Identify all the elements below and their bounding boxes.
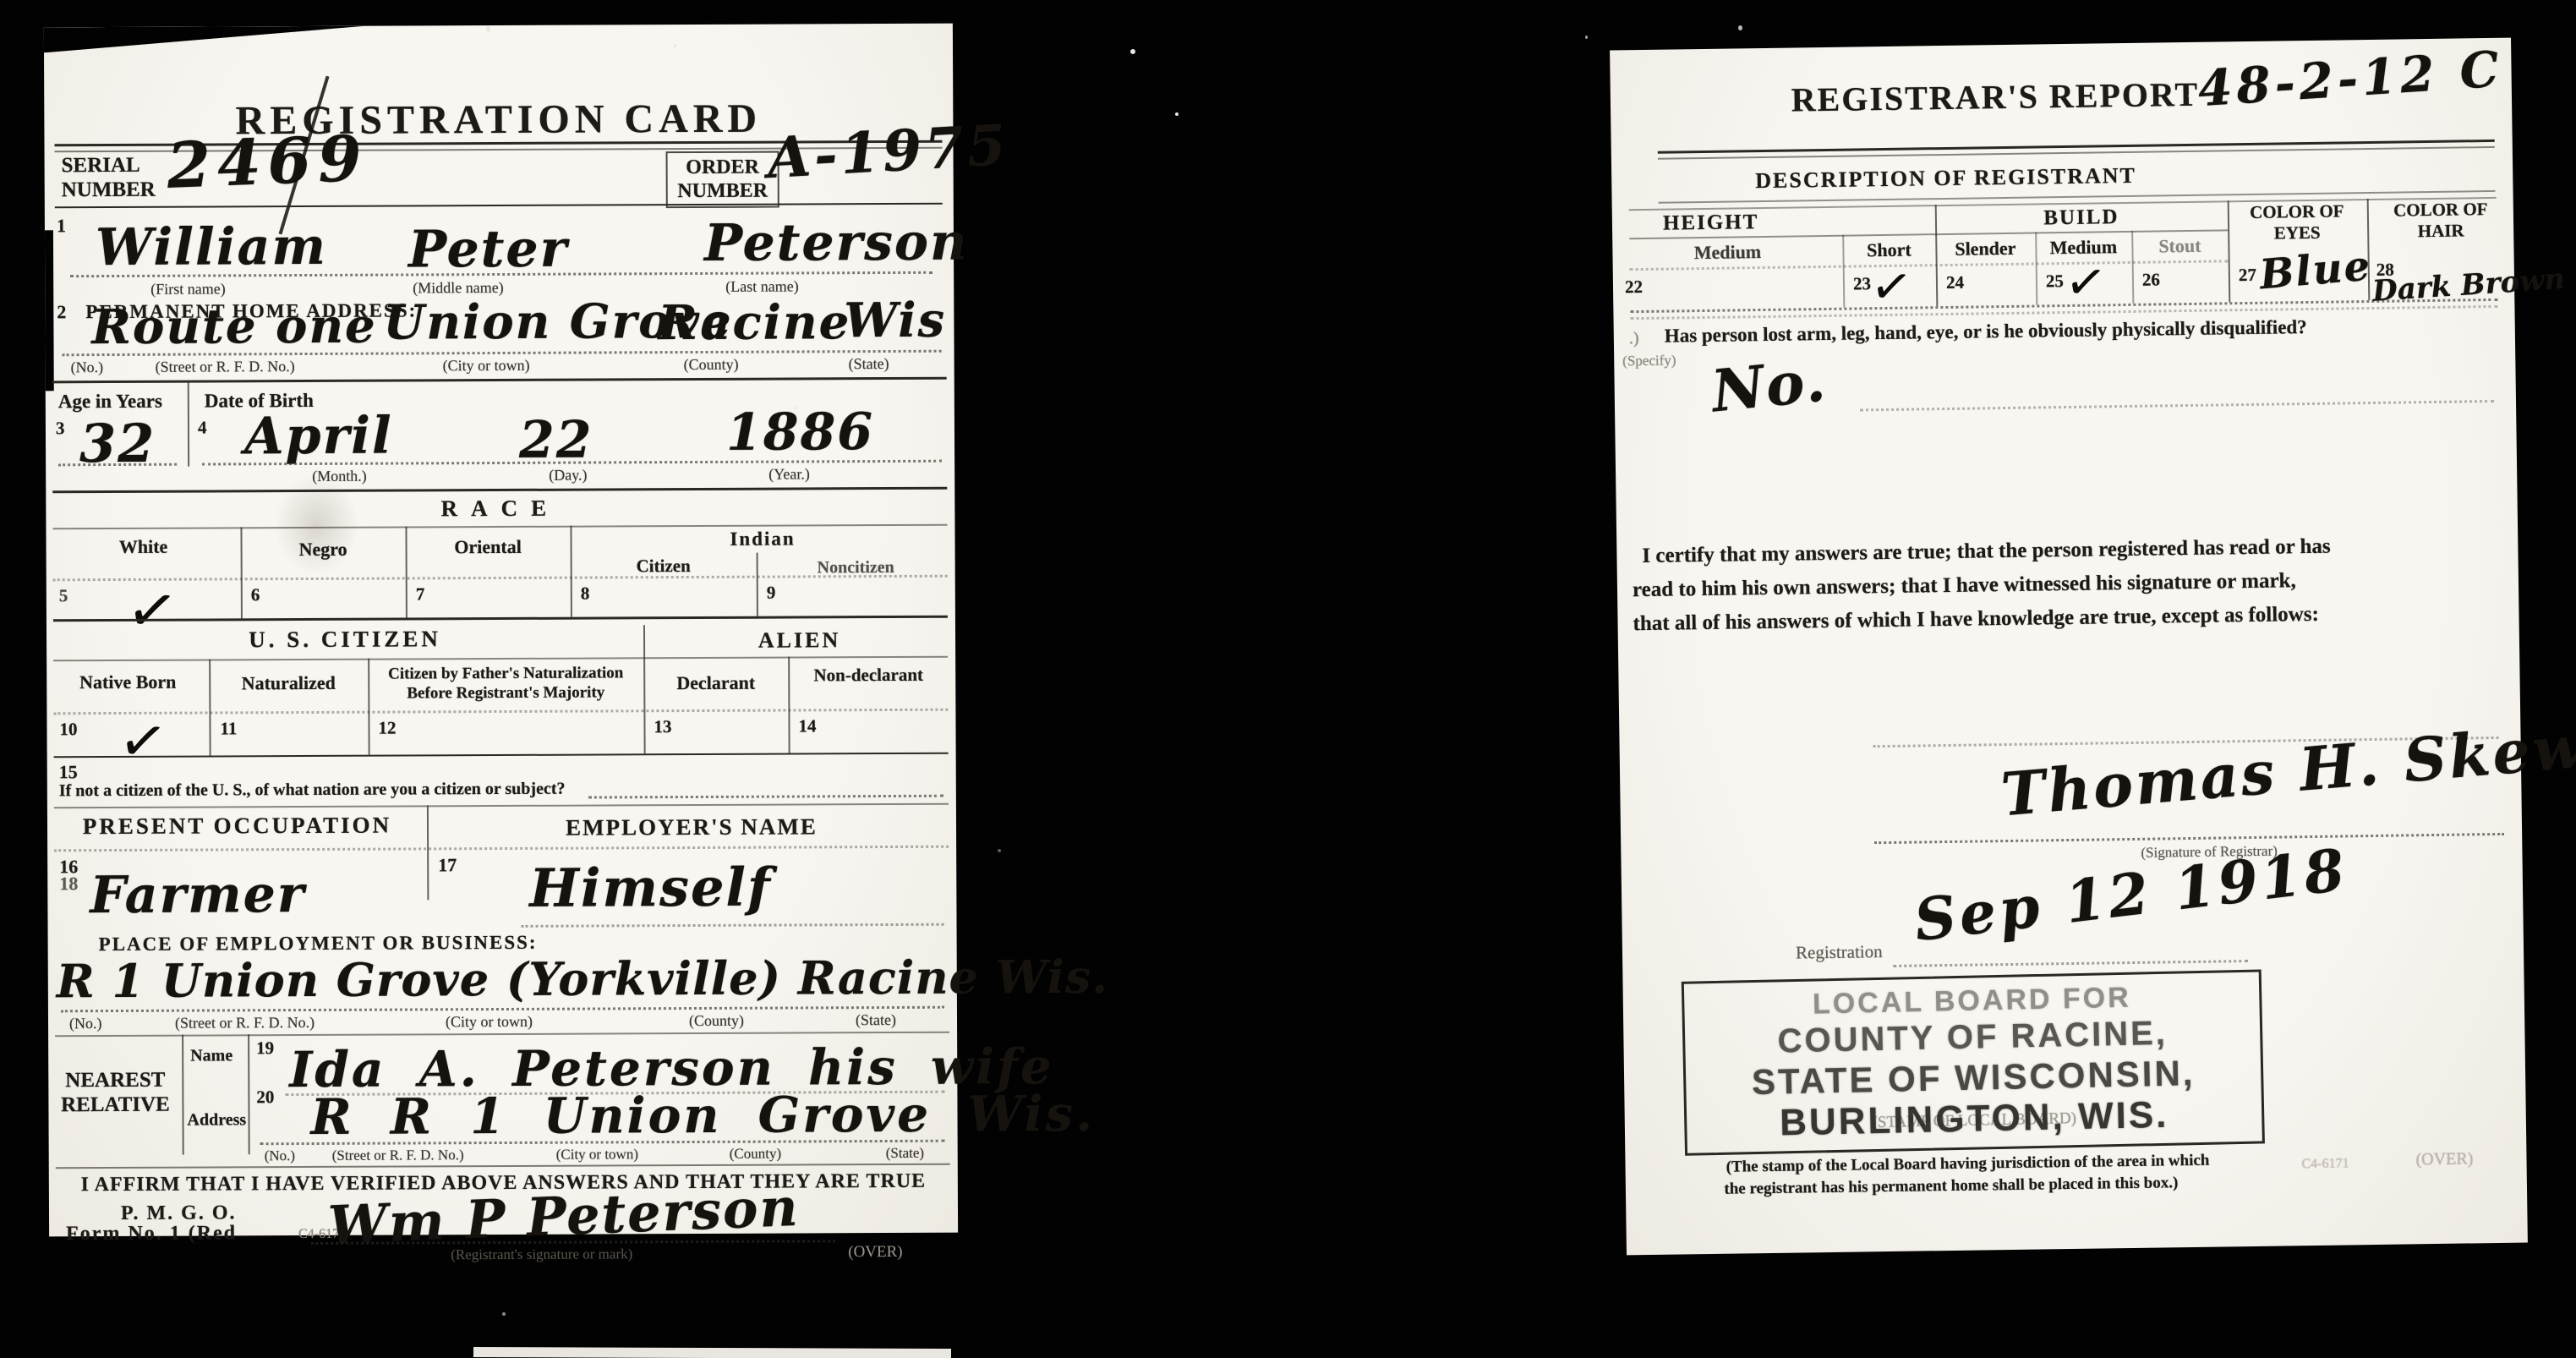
build-stout-number: 26 [2142, 269, 2160, 290]
build-slender-number: 24 [1946, 272, 1964, 293]
scanned-draft-card: REGISTRATION CARD SERIAL NUMBER 2469 ORD… [0, 0, 2576, 1358]
nondeclarant-label: Non-declarant [813, 665, 923, 687]
address-county-caption: (County) [684, 356, 739, 374]
scan-edge-sliver [473, 1347, 951, 1358]
disqualified-answer: No. [1709, 347, 1829, 425]
write-line [1874, 833, 2504, 844]
report-number: 48-2-12 C [2196, 40, 2505, 118]
divider [788, 657, 790, 753]
alien-header: ALIEN [643, 627, 955, 654]
age-number: 3 [56, 418, 65, 439]
dob-number: 4 [198, 418, 207, 439]
father-naturalization-label: Citizen by Father's Naturalization Befor… [376, 664, 635, 704]
naturalized-number: 11 [220, 718, 237, 739]
height-short-number: 23 [1853, 273, 1871, 294]
relative-county-caption: (County) [730, 1146, 781, 1163]
write-line [522, 923, 944, 928]
build-slender-label: Slender [1935, 238, 2035, 261]
divider [188, 382, 189, 467]
race-noncitizen-number: 9 [767, 583, 776, 604]
last-name-value: Peterson [704, 213, 969, 273]
dust-speck [486, 25, 490, 32]
build-header: BUILD [1935, 204, 2228, 232]
race-negro-label: Negro [241, 538, 406, 561]
occupation-header: PRESENT OCCUPATION [47, 812, 427, 840]
description-header: DESCRIPTION OF REGISTRANT [1755, 163, 2136, 194]
registrant-signature-caption: (Registrant's signature or mark) [451, 1246, 632, 1263]
line2-number: 2 [57, 301, 66, 323]
employment-value: R 1 Union Grove (Yorkville) Racine Wis. [57, 950, 1109, 1008]
last-name-caption: (Last name) [725, 277, 799, 295]
scan-artifact [44, 26, 365, 53]
local-board-stamp-box: LOCAL BOARD FOR COUNTY OF RACINE, STATE … [1682, 969, 2265, 1155]
address-no-value: Route one [91, 298, 377, 355]
height-medium-number: 22 [1625, 277, 1643, 298]
dust-speck [793, 406, 797, 410]
eyes-number: 27 [2239, 265, 2256, 286]
line18-number: 18 [59, 873, 78, 895]
native-born-label: Native Born [46, 671, 209, 694]
order-number-label: ORDER NUMBER [666, 151, 779, 209]
rule [56, 1164, 950, 1169]
declarant-number: 13 [654, 716, 671, 737]
build-stout-label: Stout [2131, 234, 2228, 258]
employment-state-caption: (State) [856, 1011, 896, 1029]
employment-city-caption: (City or town) [446, 1013, 533, 1031]
rule [52, 377, 947, 384]
relative-address-label: Address [187, 1110, 246, 1130]
race-indian-label: Indian [570, 528, 954, 551]
line1-number: 1 [57, 215, 66, 237]
nearest-relative-label: NEAREST RELATIVE [48, 1069, 182, 1118]
dust-speck [502, 1312, 506, 1316]
dust-speck [2188, 95, 2190, 97]
rule [54, 846, 949, 852]
nondeclarant-number: 14 [798, 715, 816, 736]
dust-speck [1130, 49, 1135, 54]
native-born-number: 10 [59, 719, 77, 740]
divider [182, 1035, 184, 1155]
dust-speck [674, 44, 676, 47]
address-city-caption: (City or town) [443, 357, 530, 375]
occupation-value: Farmer [90, 865, 305, 925]
race-white-label: White [46, 535, 241, 558]
declarant-label: Declarant [643, 672, 788, 695]
rule [54, 753, 949, 758]
rule [1658, 146, 2495, 160]
dob-year-value: 1886 [726, 402, 874, 463]
certify-line3: that all of his answers of which I have … [1633, 603, 2319, 636]
first-name-caption: (First name) [150, 280, 226, 298]
dust-speck [1585, 36, 1588, 39]
write-line [1893, 960, 2248, 967]
us-citizen-header: U. S. CITIZEN [46, 625, 643, 654]
address-street-caption: (Street or R. F. D. No.) [156, 358, 295, 376]
relative-address-number: 20 [256, 1087, 274, 1108]
question-number-fragment: .) [1629, 329, 1639, 348]
divider [248, 1034, 250, 1154]
registration-card: REGISTRATION CARD SERIAL NUMBER 2469 ORD… [44, 24, 958, 1237]
eyes-value: Blue [2258, 242, 2373, 298]
dob-year-caption: (Year.) [768, 465, 810, 483]
eyes-header: COLOR OF EYES [2238, 200, 2357, 244]
write-line [58, 463, 177, 467]
race-white-number: 5 [59, 585, 68, 606]
relative-state-caption: (State) [886, 1145, 924, 1162]
race-negro-number: 6 [251, 584, 260, 605]
write-line [588, 795, 943, 799]
relative-address-value: R R 1 Union Grove Wis. [310, 1085, 1095, 1146]
employment-county-caption: (County) [689, 1012, 744, 1030]
line15-number: 15 [59, 761, 78, 783]
dust-speck [998, 849, 1001, 852]
rule [55, 203, 943, 209]
address-no-caption: (No.) [71, 359, 104, 376]
employment-street-caption: (Street or R. F. D. No.) [175, 1014, 314, 1032]
dob-month-caption: (Month.) [312, 468, 367, 485]
rule [53, 616, 948, 622]
report-over-note: (OVER) [2415, 1149, 2473, 1169]
serial-number-value: 2469 [166, 123, 369, 203]
relative-street-caption: (Street or R. F. D. No.) [332, 1147, 464, 1164]
dob-month-value: April [244, 407, 393, 467]
first-name-value: William [96, 217, 327, 277]
line15-question: If not a citizen of the U. S., of what n… [59, 780, 566, 802]
certify-line2: read to him his own answers; that I have… [1633, 569, 2296, 602]
employer-value: Himself [529, 857, 772, 919]
write-line [1860, 400, 2494, 411]
rule [53, 709, 948, 715]
height-header: HEIGHT [1663, 211, 1759, 236]
over-note: (OVER) [848, 1243, 902, 1262]
address-state-value: Wis [844, 293, 946, 349]
registrar-signature: Thomas H. Skewes [1999, 704, 2576, 830]
relative-city-caption: (City or town) [556, 1146, 638, 1163]
divider [368, 659, 369, 755]
rule [55, 1032, 949, 1038]
employer-header: EMPLOYER'S NAME [427, 813, 956, 842]
address-state-caption: (State) [849, 355, 889, 373]
race-oriental-number: 7 [416, 583, 425, 605]
dust-speck [1175, 112, 1179, 116]
height-medium-label: Medium [1612, 240, 1842, 266]
age-header: Age in Years [58, 391, 162, 413]
race-citizen-number: 8 [581, 583, 590, 605]
address-county-value: Racine [658, 294, 850, 351]
relative-name-number: 19 [256, 1038, 274, 1059]
order-number-value: A-1975 [766, 112, 1011, 191]
registration-date-label: Registration [1796, 941, 1883, 963]
certify-line1: I certify that my answers are true; that… [1642, 535, 2331, 568]
race-oriental-label: Oriental [406, 536, 571, 559]
registrars-report-card: REGISTRAR'S REPORT 48-2-12 C DESCRIPTION… [1610, 38, 2528, 1256]
dob-day-caption: (Day.) [549, 467, 587, 485]
rule [53, 656, 948, 662]
scan-artifact [45, 230, 54, 391]
build-medium-number: 25 [2046, 271, 2064, 292]
relative-no-caption: (No.) [265, 1147, 295, 1164]
form-number: Form No. 1 (Red [66, 1222, 237, 1246]
hair-header: COLOR OF HAIR [2377, 199, 2505, 243]
rule [54, 803, 949, 809]
employment-no-caption: (No.) [69, 1015, 102, 1032]
race-header: RACE [46, 494, 954, 524]
middle-name-value: Peter [408, 220, 568, 280]
race-indian-citizen-label: Citizen [571, 556, 757, 578]
employer-number: 17 [438, 854, 457, 876]
specify-caption: (Specify) [1622, 352, 1676, 370]
rule [53, 575, 948, 582]
report-title: REGISTRAR'S REPORT [1780, 74, 2212, 120]
native-born-checkmark: ✓ [114, 705, 172, 779]
rule [52, 487, 947, 494]
naturalized-label: Naturalized [209, 672, 368, 695]
registration-date-value: Sep 12 1918 [1911, 836, 2351, 955]
relative-name-label: Name [190, 1046, 232, 1065]
serial-number-label: SERIAL NUMBER [62, 154, 184, 203]
father-naturalization-number: 12 [378, 718, 396, 739]
disqualified-question: Has person lost arm, leg, hand, eye, or … [1665, 316, 2307, 348]
report-print-code: C4-6171 [2301, 1156, 2349, 1172]
dust-speck [1738, 25, 1742, 30]
